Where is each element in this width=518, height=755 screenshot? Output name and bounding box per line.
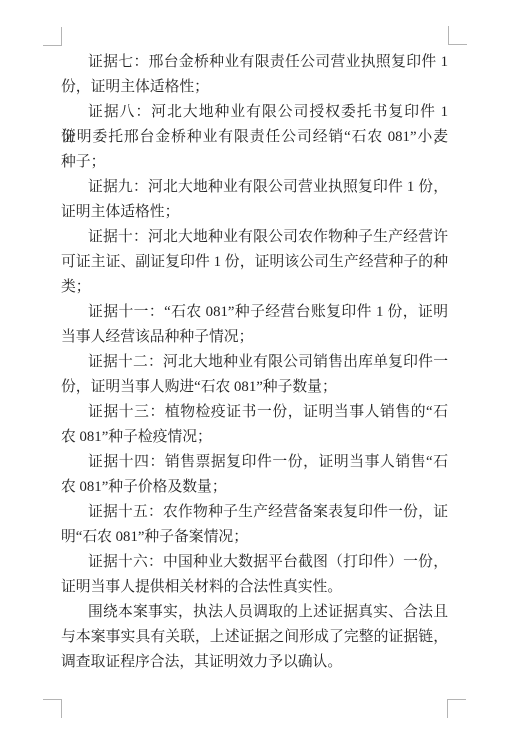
text-line: 证据十一：“石农 081”种子经营台账复印件 1 份，证明 bbox=[61, 300, 448, 325]
text-line: 证据八：河北大地种业有限公司授权委托书复印件 1 份， bbox=[61, 100, 448, 125]
text-line: 证据十二：河北大地种业有限公司销售出库单复印件一 bbox=[61, 350, 448, 375]
text-line: 围绕本案事实，执法人员调取的上述证据真实、合法且 bbox=[61, 600, 448, 625]
text-line: 证明委托邢台金桥种业有限责任公司经销“石农 081”小麦 bbox=[61, 125, 448, 150]
text-line: 证明主体适格性； bbox=[61, 200, 448, 225]
text-line: 农 081”种子检疫情况； bbox=[61, 425, 448, 450]
crop-mark-bottom-right bbox=[447, 699, 466, 718]
text-line: 证据十：河北大地种业有限公司农作物种子生产经营许 bbox=[61, 225, 448, 250]
text-line: 证据十三：植物检疫证书一份，证明当事人销售的“石 bbox=[61, 400, 448, 425]
text-line: 类； bbox=[61, 275, 448, 300]
text-line: 农 081”种子价格及数量； bbox=[61, 475, 448, 500]
crop-mark-top-right bbox=[448, 26, 467, 45]
text-line: 可证主证、副证复印件 1 份，证明该公司生产经营种子的种 bbox=[61, 250, 448, 275]
text-line: 种子； bbox=[61, 150, 448, 175]
text-line: 与本案事实具有关联，上述证据之间形成了完整的证据链， bbox=[61, 625, 448, 650]
text-line: 份，证明主体适格性； bbox=[61, 75, 448, 100]
crop-mark-bottom-left bbox=[43, 699, 62, 718]
text-line: 证据十六：中国种业大数据平台截图（打印件）一份， bbox=[61, 550, 448, 575]
text-line: 证明当事人提供相关材料的合法性真实性。 bbox=[61, 575, 448, 600]
document-body: 证据七：邢台金桥种业有限责任公司营业执照复印件 1份，证明主体适格性；证据八：河… bbox=[61, 50, 448, 675]
text-line: 证据十四：销售票据复印件一份，证明当事人销售“石 bbox=[61, 450, 448, 475]
text-line: 证据十五：农作物种子生产经营备案表复印件一份，证 bbox=[61, 500, 448, 525]
text-line: 当事人经营该品种种子情况； bbox=[61, 325, 448, 350]
text-line: 证据七：邢台金桥种业有限责任公司营业执照复印件 1 bbox=[61, 50, 448, 75]
text-line: 证据九：河北大地种业有限公司营业执照复印件 1 份， bbox=[61, 175, 448, 200]
crop-mark-top-left bbox=[43, 27, 62, 46]
document-page: 证据七：邢台金桥种业有限责任公司营业执照复印件 1份，证明主体适格性；证据八：河… bbox=[0, 0, 518, 755]
text-line: 调查取证程序合法，其证明效力予以确认。 bbox=[61, 650, 448, 675]
text-line: 份，证明当事人购进“石农 081”种子数量； bbox=[61, 375, 448, 400]
text-line: 明“石农 081”种子备案情况； bbox=[61, 525, 448, 550]
